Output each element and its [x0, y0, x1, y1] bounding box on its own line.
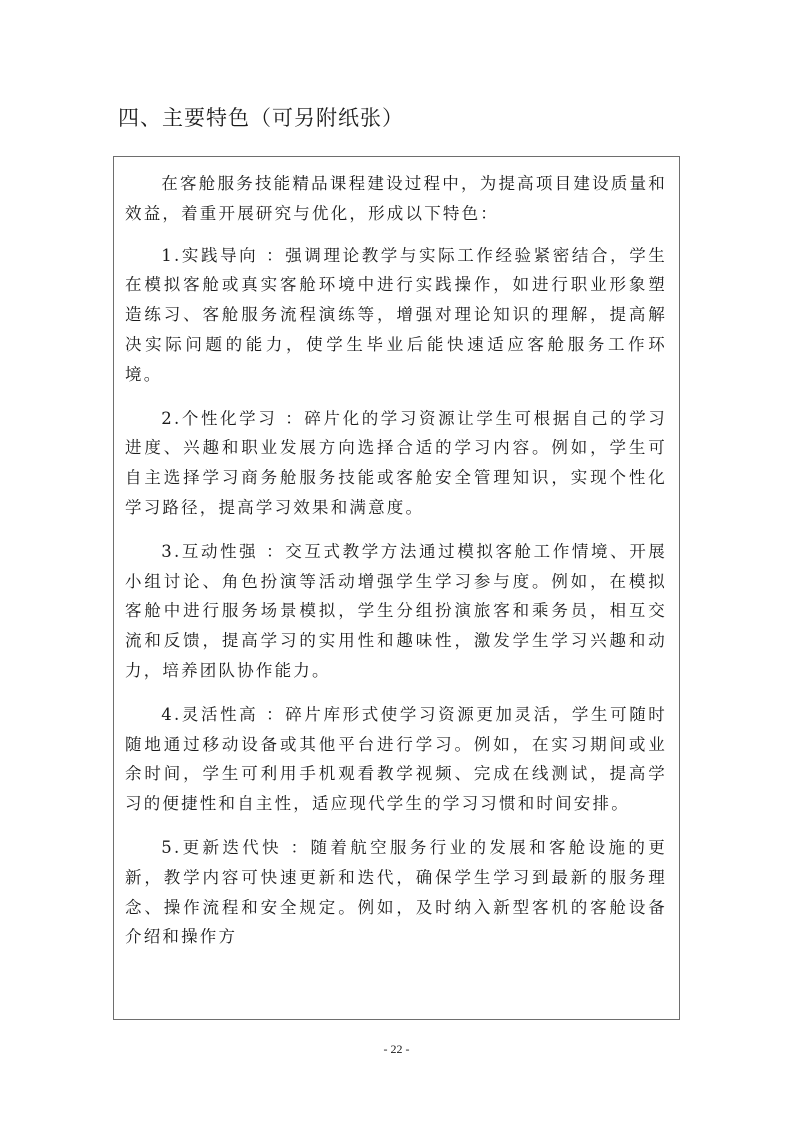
- feature-separator: ：: [277, 409, 304, 428]
- feature-paragraph-5: 5.更新迭代快 ：随着航空服务行业的发展和客舱设施的更新，教学内容可快速更新和迭…: [125, 833, 667, 952]
- feature-text: 强调理论教学与实际工作经验紧密结合，学生在模拟客舱或真实客舱环境中进行实践操作，…: [125, 246, 667, 384]
- feature-paragraph-4: 4.灵活性高 ：碎片库形式使学习资源更加灵活，学生可随时随地通过移动设备或其他平…: [125, 700, 667, 819]
- content-box: 在客舱服务技能精品课程建设过程中，为提高项目建设质量和效益，着重开展研究与优化，…: [113, 156, 680, 1020]
- feature-heading: 灵活性高: [181, 705, 258, 724]
- feature-paragraph-1: 1.实践导向 ：强调理论教学与实际工作经验紧密结合，学生在模拟客舱或真实客舱环境…: [125, 241, 667, 390]
- feature-separator: ：: [258, 705, 285, 724]
- feature-heading: 更新迭代快: [181, 838, 282, 857]
- feature-paragraph-2: 2.个性化学习 ：碎片化的学习资源让学生可根据自己的学习进度、兴趣和职业发展方向…: [125, 404, 667, 523]
- intro-paragraph: 在客舱服务技能精品课程建设过程中，为提高项目建设质量和效益，着重开展研究与优化，…: [125, 169, 667, 229]
- page-number: - 22 -: [0, 1042, 793, 1057]
- feature-number: 5.: [161, 838, 181, 857]
- feature-number: 4.: [161, 705, 181, 724]
- feature-paragraph-3: 3.互动性强 ：交互式教学方法通过模拟客舱工作情境、开展小组讨论、角色扮演等活动…: [125, 537, 667, 686]
- feature-text: 交互式教学方法通过模拟客舱工作情境、开展小组讨论、角色扮演等活动增强学生学习参与…: [125, 542, 667, 680]
- feature-separator: ：: [258, 246, 285, 265]
- feature-heading: 互动性强: [181, 542, 258, 561]
- feature-number: 2.: [161, 409, 181, 428]
- feature-heading: 个性化学习: [181, 409, 277, 428]
- feature-heading: 实践导向: [181, 246, 258, 265]
- section-title: 四、主要特色（可另附纸张）: [118, 103, 404, 133]
- feature-separator: ：: [282, 838, 311, 857]
- feature-separator: ：: [258, 542, 285, 561]
- feature-number: 1.: [161, 246, 181, 265]
- feature-number: 3.: [161, 542, 181, 561]
